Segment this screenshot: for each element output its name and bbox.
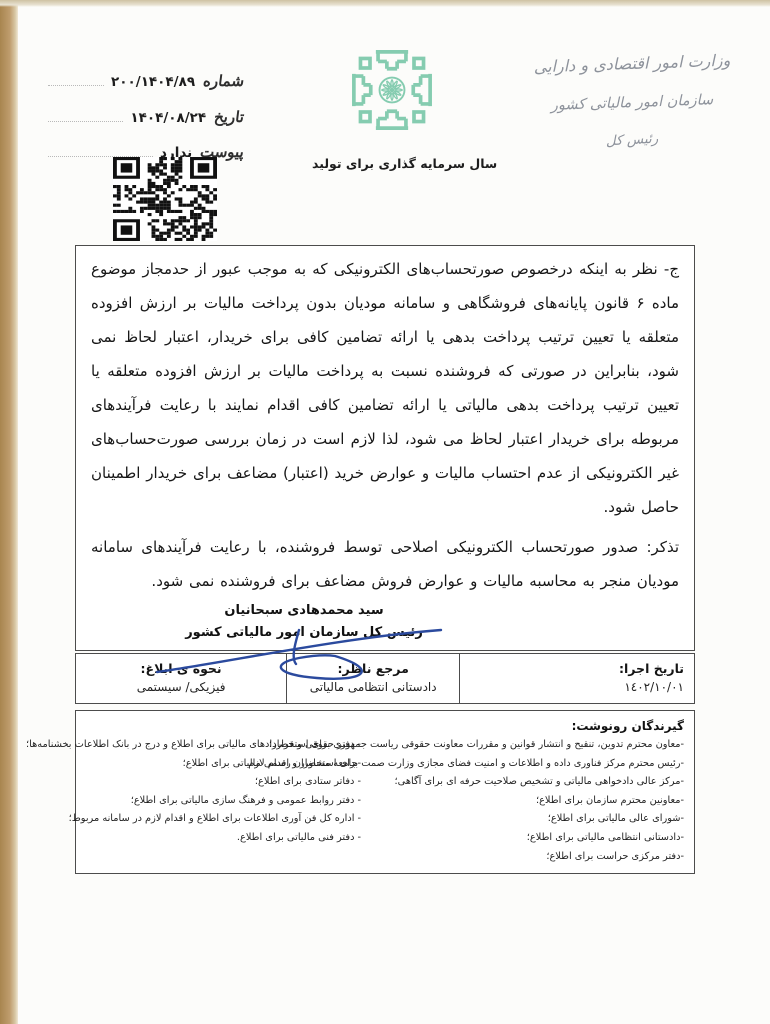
execution-date-cell: تاریخ اجرا: ١٤٠٢/١٠/٠١ bbox=[459, 654, 694, 703]
paper-edge-left bbox=[0, 0, 18, 1024]
recipient-item: -مرکز عالی دادخواهی مالیاتی و تشخیص صلاح… bbox=[379, 773, 684, 792]
letter-body-frame: ج- نظر به اینکه درخصوص صورتحساب‌های الکت… bbox=[75, 245, 695, 874]
letterhead-center: سال سرمایه گذاری برای تولید bbox=[312, 46, 472, 171]
execution-date-label: تاریخ اجرا: bbox=[470, 659, 684, 678]
recipient-item: -رئیس محترم مرکز فناوری داده و اطلاعات و… bbox=[379, 755, 684, 774]
notification-method-label: نحوه ی ابلاغ: bbox=[86, 659, 276, 678]
overseer-label: مرجع ناظر: bbox=[297, 659, 449, 678]
recipient-item: -جامعه مشاوران رسمی مالیاتی برای اطلاع؛ bbox=[88, 755, 361, 774]
recipient-item: -شورای عالی مالیاتی برای اطلاع؛ bbox=[379, 810, 684, 829]
letter-number-label: شماره bbox=[201, 72, 244, 90]
letter-date-label: تاریخ bbox=[212, 108, 244, 126]
paper-edge-top bbox=[0, 0, 770, 7]
recipients-box: گیرندگان رونوشت: -معاون محترم تدوین، تنق… bbox=[75, 710, 695, 874]
letter-date-row: تاریخ ۱۴۰۴/۰۸/۲۴ bbox=[48, 107, 243, 125]
dotted-leader bbox=[48, 107, 123, 121]
execution-date-value: ١٤٠٢/١٠/٠١ bbox=[470, 678, 684, 697]
signer-name: سید محمدهادی سبحانیان bbox=[179, 600, 429, 622]
recipient-item: -دادستانی انتظامی مالیاتی برای اطلاع؛ bbox=[379, 829, 684, 848]
recipient-item: -معاونین محترم سازمان برای اطلاع؛ bbox=[379, 792, 684, 811]
overseer-value: دادستانی انتظامی مالیاتی bbox=[297, 678, 449, 697]
recipient-item: -دفتر مرکزی حراست برای اطلاع؛ bbox=[379, 848, 684, 867]
info-table: تاریخ اجرا: ١٤٠٢/١٠/٠١ مرجع ناظر: دادستا… bbox=[75, 653, 695, 704]
recipients-column-right: -معاون محترم تدوین، تنقیح و انتشار قوانی… bbox=[379, 736, 684, 866]
recipient-item: - اداره کل فن آوری اطلاعات برای اطلاع و … bbox=[88, 810, 361, 829]
scanned-official-letter: شماره ۲۰۰/۱۴۰۴/۸۹ تاریخ ۱۴۰۴/۰۸/۲۴ پیوست… bbox=[0, 0, 770, 1024]
recipient-item: - دفاتر ستادی برای اطلاع؛ bbox=[88, 773, 361, 792]
recipients-columns: -معاون محترم تدوین، تنقیح و انتشار قوانی… bbox=[86, 736, 684, 866]
body-paragraph: ج- نظر به اینکه درخصوص صورتحساب‌های الکت… bbox=[91, 252, 679, 524]
note-paragraph: تذکر: صدور صورتحساب الکترونیکی اصلاحی تو… bbox=[91, 530, 679, 598]
signer-title: رئیس کل سازمان امور مالیاتی کشور bbox=[179, 622, 429, 644]
letterhead-calligraphy: وزارت امور اقتصادی و دارایی سازمان امور … bbox=[512, 44, 752, 158]
notification-method-cell: نحوه ی ابلاغ: فیزیکی/ سیستمی bbox=[76, 654, 286, 703]
recipient-item: - دفتر حقوقی و قراردادهای مالیاتی برای ا… bbox=[88, 736, 361, 755]
recipient-item: - دفتر فنی مالیاتی برای اطلاع. bbox=[88, 829, 361, 848]
signature-block: سید محمدهادی سبحانیان رئیس کل سازمان امو… bbox=[179, 600, 429, 644]
dotted-leader bbox=[48, 72, 104, 86]
letter-number-row: شماره ۲۰۰/۱۴۰۴/۸۹ bbox=[48, 72, 243, 90]
qr-code bbox=[113, 157, 217, 241]
year-slogan: سال سرمایه گذاری برای تولید bbox=[312, 156, 472, 171]
letter-date-value: ۱۴۰۴/۰۸/۲۴ bbox=[130, 110, 206, 126]
dotted-leader bbox=[48, 143, 153, 157]
letter-number-value: ۲۰۰/۱۴۰۴/۸۹ bbox=[111, 74, 195, 90]
recipients-column-left: - دفتر حقوقی و قراردادهای مالیاتی برای ا… bbox=[86, 736, 361, 866]
body-box: ج- نظر به اینکه درخصوص صورتحساب‌های الکت… bbox=[75, 245, 695, 651]
recipient-item: -معاون محترم تدوین، تنقیح و انتشار قوانی… bbox=[379, 736, 684, 755]
overseer-cell: مرجع ناظر: دادستانی انتظامی مالیاتی bbox=[286, 654, 459, 703]
recipient-item: - دفتر روابط عمومی و فرهنگ سازی مالیاتی … bbox=[88, 792, 361, 811]
recipients-header: گیرندگان رونوشت: bbox=[86, 716, 684, 736]
tax-organization-emblem-icon bbox=[312, 46, 472, 134]
notification-method-value: فیزیکی/ سیستمی bbox=[86, 678, 276, 697]
